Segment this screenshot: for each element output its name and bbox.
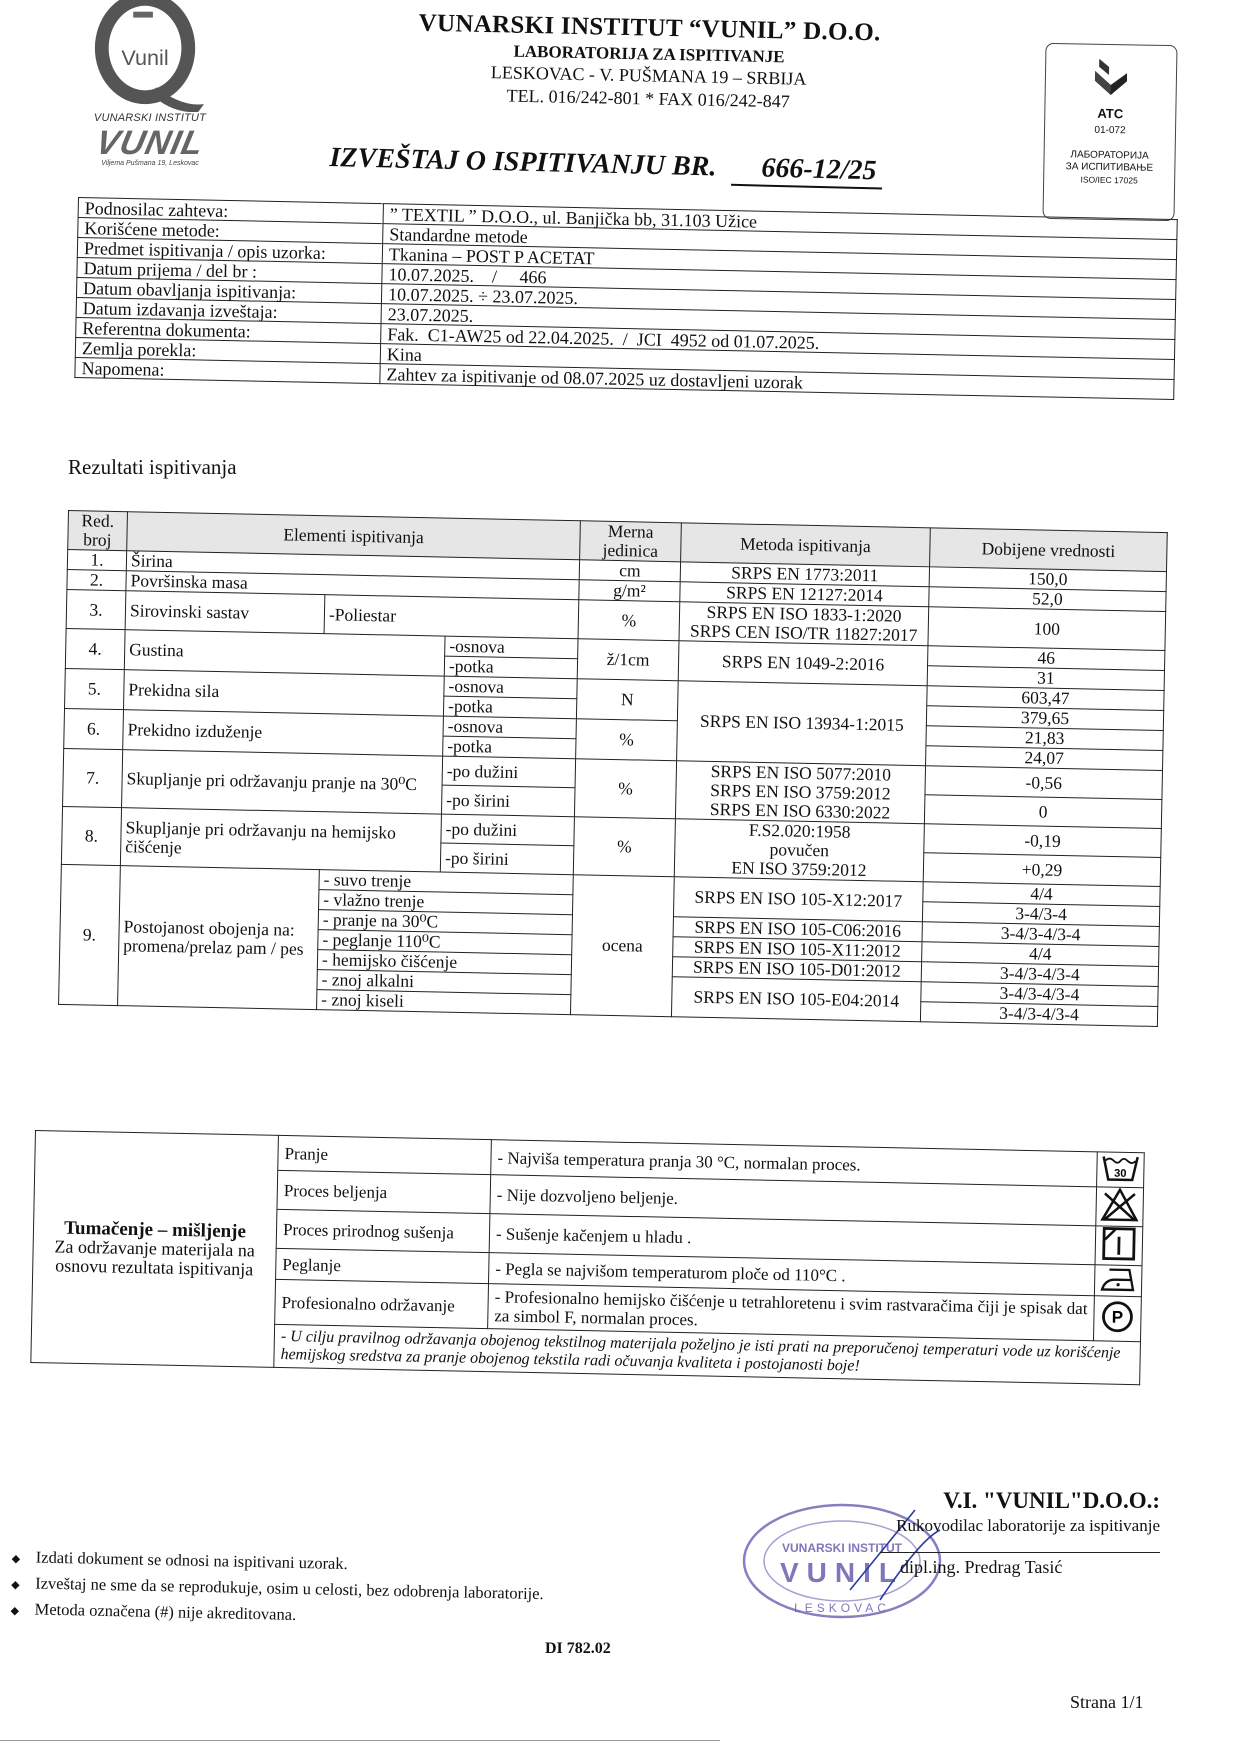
svg-text:P: P xyxy=(1112,1308,1124,1327)
row-number: 9. xyxy=(59,864,121,1005)
row-number: 5. xyxy=(65,668,125,709)
bottom-rule xyxy=(0,1740,720,1741)
row-number: 3. xyxy=(66,589,126,629)
diamond-bullet-icon: ◆ xyxy=(11,1574,35,1597)
method: SRPS EN ISO 105-X12:2017 xyxy=(673,877,923,922)
care-label: Proces prirodnog sušenja xyxy=(276,1209,490,1252)
row-number: 7. xyxy=(63,748,123,807)
logo-wordmark: VUNIL xyxy=(76,124,224,163)
method: SRPS EN ISO 1833-1:2020SRPS CEN ISO/TR 1… xyxy=(679,602,929,646)
element-sub: -po širini xyxy=(440,843,574,875)
atc-mark-icon xyxy=(1093,59,1130,100)
unit: % xyxy=(576,719,678,761)
unit: % xyxy=(574,759,676,819)
signature-role: Rukovodilac laboratorije za ispitivanje xyxy=(880,1516,1160,1536)
signature-line xyxy=(880,1552,1160,1553)
unit: % xyxy=(578,600,680,641)
element-sub: -po dužini xyxy=(442,756,576,788)
method: SRPS EN 1049-2:2016 xyxy=(678,641,928,686)
unit: % xyxy=(573,817,675,877)
diamond-bullet-icon: ◆ xyxy=(11,1548,35,1571)
svg-text:LESKOVAC: LESKOVAC xyxy=(794,1601,890,1615)
signature-block: V.I. "VUNIL"D.O.O.: Rukovodilac laborato… xyxy=(880,1488,1160,1578)
method: SRPS EN ISO 105-E04:2014 xyxy=(671,977,921,1022)
care-label: Peglanje xyxy=(276,1248,490,1283)
letterhead: VUNARSKI INSTITUT “VUNIL” D.O.O. LABORAT… xyxy=(338,8,960,116)
accreditation-code: 01-072 xyxy=(1045,124,1175,137)
results-table: Red. broj Elementi ispitivanja Merna jed… xyxy=(58,510,1168,1027)
row-number: 1. xyxy=(67,550,126,571)
vunil-logo: Vunil VUNARSKI INSTITUT VUNIL Viljema Pu… xyxy=(80,0,220,170)
unit: ocena xyxy=(570,875,674,1017)
element-name: Skupljanje pri održavanju na hemijsko či… xyxy=(120,808,441,872)
care-label: Proces beljenja xyxy=(277,1170,491,1213)
report-number: 666-12/25 xyxy=(731,152,883,190)
result-value: 100 xyxy=(928,607,1166,651)
report-info-table: Podnosilac zahteva:” TEXTIL ” D.O.O., ul… xyxy=(74,197,1177,400)
accreditation-standard: ISO/IEC 17025 xyxy=(1044,173,1174,187)
care-label: Pranje xyxy=(278,1135,492,1174)
row-number: 4. xyxy=(65,628,125,669)
footer-notes: ◆Izdati dokument se odnosi na ispitivani… xyxy=(10,1545,544,1634)
svg-text:Vunil: Vunil xyxy=(121,45,168,70)
method: SRPS EN ISO 13934-1:2015 xyxy=(677,681,928,766)
element-name: Prekidna sila xyxy=(124,670,445,716)
element-sub: -potka xyxy=(443,736,576,759)
unit: g/m² xyxy=(579,580,680,602)
element-name: Postojanost obojenja na: promena/prelaz … xyxy=(118,866,320,1010)
logo-institute-text: VUNARSKI INSTITUT xyxy=(80,112,220,124)
element-sub: -po širini xyxy=(441,785,575,817)
method: SRPS EN ISO 5077:2010SRPS EN ISO 3759:20… xyxy=(675,761,925,824)
interpretation-subtitle: Za održavanje materijala na osnovu rezul… xyxy=(54,1236,255,1279)
element-sub: -po dužini xyxy=(441,814,575,846)
results-section-title: Rezultati ispitivanja xyxy=(68,455,237,480)
unit: cm xyxy=(579,560,680,582)
result-value: -0,19 xyxy=(924,824,1162,858)
unit: N xyxy=(576,679,678,721)
col-header-method: Metoda ispitivanja xyxy=(681,523,931,567)
care-label: Profesionalno održavanje xyxy=(275,1279,489,1328)
test-report-page: Vunil VUNARSKI INSTITUT VUNIL Viljema Pu… xyxy=(0,0,1240,1753)
row-number: 6. xyxy=(64,708,124,749)
q-logo-icon: Vunil xyxy=(88,0,206,112)
result-value: 0 xyxy=(924,795,1162,829)
row-number: 8. xyxy=(61,806,121,865)
col-header-no: Red. broj xyxy=(68,511,128,551)
logo-address: Viljema Pušmana 19, Leskovac xyxy=(80,160,220,167)
atc-label: ATC xyxy=(1045,105,1175,122)
result-value: +0,29 xyxy=(923,853,1161,887)
accreditation-badge: ATC 01-072 ЛАБОРАТОРИЈА ЗА ИСПИТИВАЊЕ IS… xyxy=(1042,43,1177,221)
svg-text:30: 30 xyxy=(1114,1168,1126,1180)
element-name: Prekidno izduženje xyxy=(123,710,444,756)
element-sub: -Poliestar xyxy=(324,595,579,639)
col-header-value: Dobijene vrednosti xyxy=(930,528,1168,572)
diamond-bullet-icon: ◆ xyxy=(10,1600,34,1623)
line-dry-shade-icon xyxy=(1095,1226,1143,1266)
page-number: Strana 1/1 xyxy=(1070,1692,1144,1713)
unit: ž/1cm xyxy=(577,639,679,681)
signature-organization: V.I. "VUNIL"D.O.O.: xyxy=(880,1488,1160,1514)
wash-30-icon: 30 xyxy=(1097,1152,1145,1188)
iron-low-icon xyxy=(1094,1265,1142,1297)
element-name: Sirovinski sastav xyxy=(125,591,325,634)
element-name: Skupljanje pri održavanju pranje na 30⁰C xyxy=(122,750,443,814)
element-sub: - znoj kiseli xyxy=(317,990,571,1015)
result-value: 3-4/3-4/3-4 xyxy=(920,1002,1157,1027)
no-bleach-icon xyxy=(1096,1187,1144,1227)
row-number: 2. xyxy=(67,569,126,590)
dry-clean-p-icon: P xyxy=(1093,1296,1141,1342)
result-value: -0,56 xyxy=(925,766,1163,800)
col-header-unit: Merna jedinica xyxy=(580,521,682,562)
signatory-name: dipl.ing. Predrag Tasić xyxy=(880,1557,1160,1578)
report-title-text: IZVEŠTAJ O ISPITIVANJU BR. xyxy=(329,142,717,182)
element-name: Gustina xyxy=(124,630,445,676)
document-id: DI 782.02 xyxy=(545,1640,611,1658)
report-title: IZVEŠTAJ O ISPITIVANJU BR. 666-12/25 xyxy=(329,142,883,190)
interpretation-table: Tumačenje – mišljenje Za održavanje mate… xyxy=(30,1130,1144,1385)
interpretation-heading: Tumačenje – mišljenje Za održavanje mate… xyxy=(31,1131,279,1368)
method: F.S2.020:1958povučenEN ISO 3759:2012 xyxy=(674,819,924,882)
